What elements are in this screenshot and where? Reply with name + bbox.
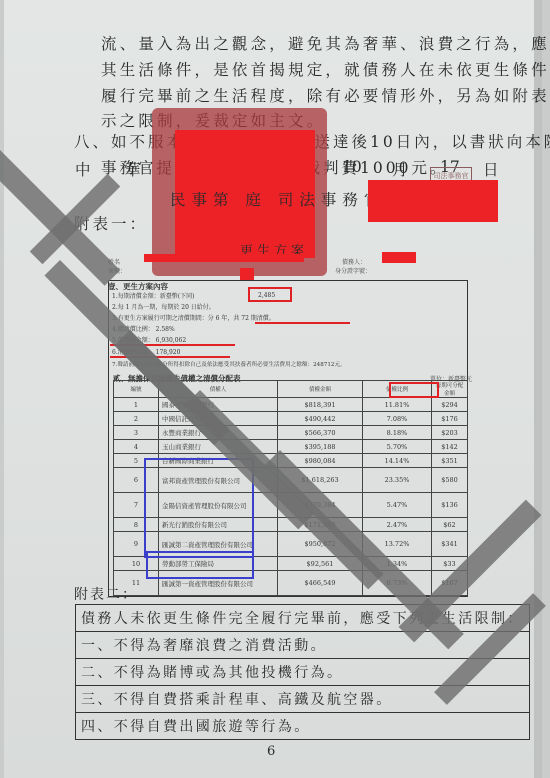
cell-amount: $466,549 <box>278 571 363 596</box>
date-char: 中 <box>75 158 91 180</box>
cell-ratio: 5.47% <box>363 493 432 518</box>
date-month-unit: 月 <box>392 158 408 180</box>
id-label: 身分證字號： <box>335 266 371 275</box>
signature-line: 民事第 庭 司法事務官 <box>170 188 385 210</box>
date-char: 華 <box>125 158 141 180</box>
plan-item: 2.每 1 月為一期，每期於 20 日給付。 <box>112 302 215 311</box>
cell-ratio: 14.14% <box>363 454 432 468</box>
table-row: 4玉山商業銀行$395,1885.70%$142 <box>114 440 468 454</box>
table-row: 3永豐商業銀行$566,3708.18%$203 <box>114 426 468 440</box>
annex2-label: 附表二： <box>74 584 138 604</box>
cell-per-period: $136 <box>432 493 468 518</box>
cell-per-period: $62 <box>432 518 468 532</box>
cell-ratio: 23.35% <box>363 468 432 493</box>
cell-per-period: $341 <box>432 532 468 557</box>
cell-amount: $566,370 <box>278 426 363 440</box>
body-line: 流、量入為出之觀念，避免其為奢華、浪費之行為，應限制 <box>101 30 471 58</box>
body-line: 履行完畢前之生活程度，除有必要情形外，另為如附表二所 <box>101 82 471 110</box>
cell-ratio: 5.70% <box>363 440 432 454</box>
header-amount: 債權金額 <box>278 381 363 398</box>
highlight-box-blue <box>144 458 254 558</box>
highlight-box <box>248 287 292 302</box>
page-number: 6 <box>267 744 275 759</box>
body-line: 其生活條件，是依首揭規定，就債務人在未依更生條件全部 <box>101 56 471 84</box>
cell-per-period: $176 <box>432 412 468 426</box>
debtor-label: 債務人： <box>342 257 366 266</box>
cell-per-period: $294 <box>432 398 468 412</box>
cell-no: 3 <box>114 426 159 440</box>
plan-item: 3.有更生方案履行可期之清償期間：分 6 年，共 72 期清償。 <box>112 313 275 322</box>
highlight-box-blue <box>146 551 254 579</box>
table-row: 2中國信託商業銀行$490,4427.08%$176 <box>114 412 468 426</box>
redaction-block <box>240 268 254 280</box>
cell-per-period: $580 <box>432 468 468 493</box>
redaction-block <box>368 180 498 222</box>
restriction-header: 債務人未依更生條件完全履行完畢前，應受下列之生活限制： <box>76 605 530 632</box>
cell-no: 2 <box>114 412 159 426</box>
cell-per-period: $142 <box>432 440 468 454</box>
cell-amount: $818,391 <box>278 398 363 412</box>
cell-amount: $490,442 <box>278 412 363 426</box>
restriction-item: 四、不得自費出國旅遊等行為。 <box>76 713 530 740</box>
cell-ratio: 2.47% <box>363 518 432 532</box>
table-row: 1國泰世華商業銀行$818,39111.81%$294 <box>114 398 468 412</box>
cell-ratio: 11.81% <box>363 398 432 412</box>
redaction-block <box>144 254 304 262</box>
cell-no: 4 <box>114 440 159 454</box>
highlight-box <box>389 382 439 398</box>
highlight-underline <box>255 322 350 324</box>
cell-ratio: 7.08% <box>363 412 432 426</box>
cell-per-period: $203 <box>432 426 468 440</box>
date-month: 10 <box>342 158 362 176</box>
cell-ratio: 8.18% <box>363 426 432 440</box>
redaction-block <box>382 252 416 263</box>
cell-no: 1 <box>114 398 159 412</box>
date-day-unit: 日 <box>483 158 499 180</box>
page-edge <box>534 0 542 778</box>
plan-item: 1.每期清償金額：新臺幣(下同) <box>112 291 194 300</box>
cell-per-period: $351 <box>432 454 468 468</box>
cell-amount: $395,188 <box>278 440 363 454</box>
